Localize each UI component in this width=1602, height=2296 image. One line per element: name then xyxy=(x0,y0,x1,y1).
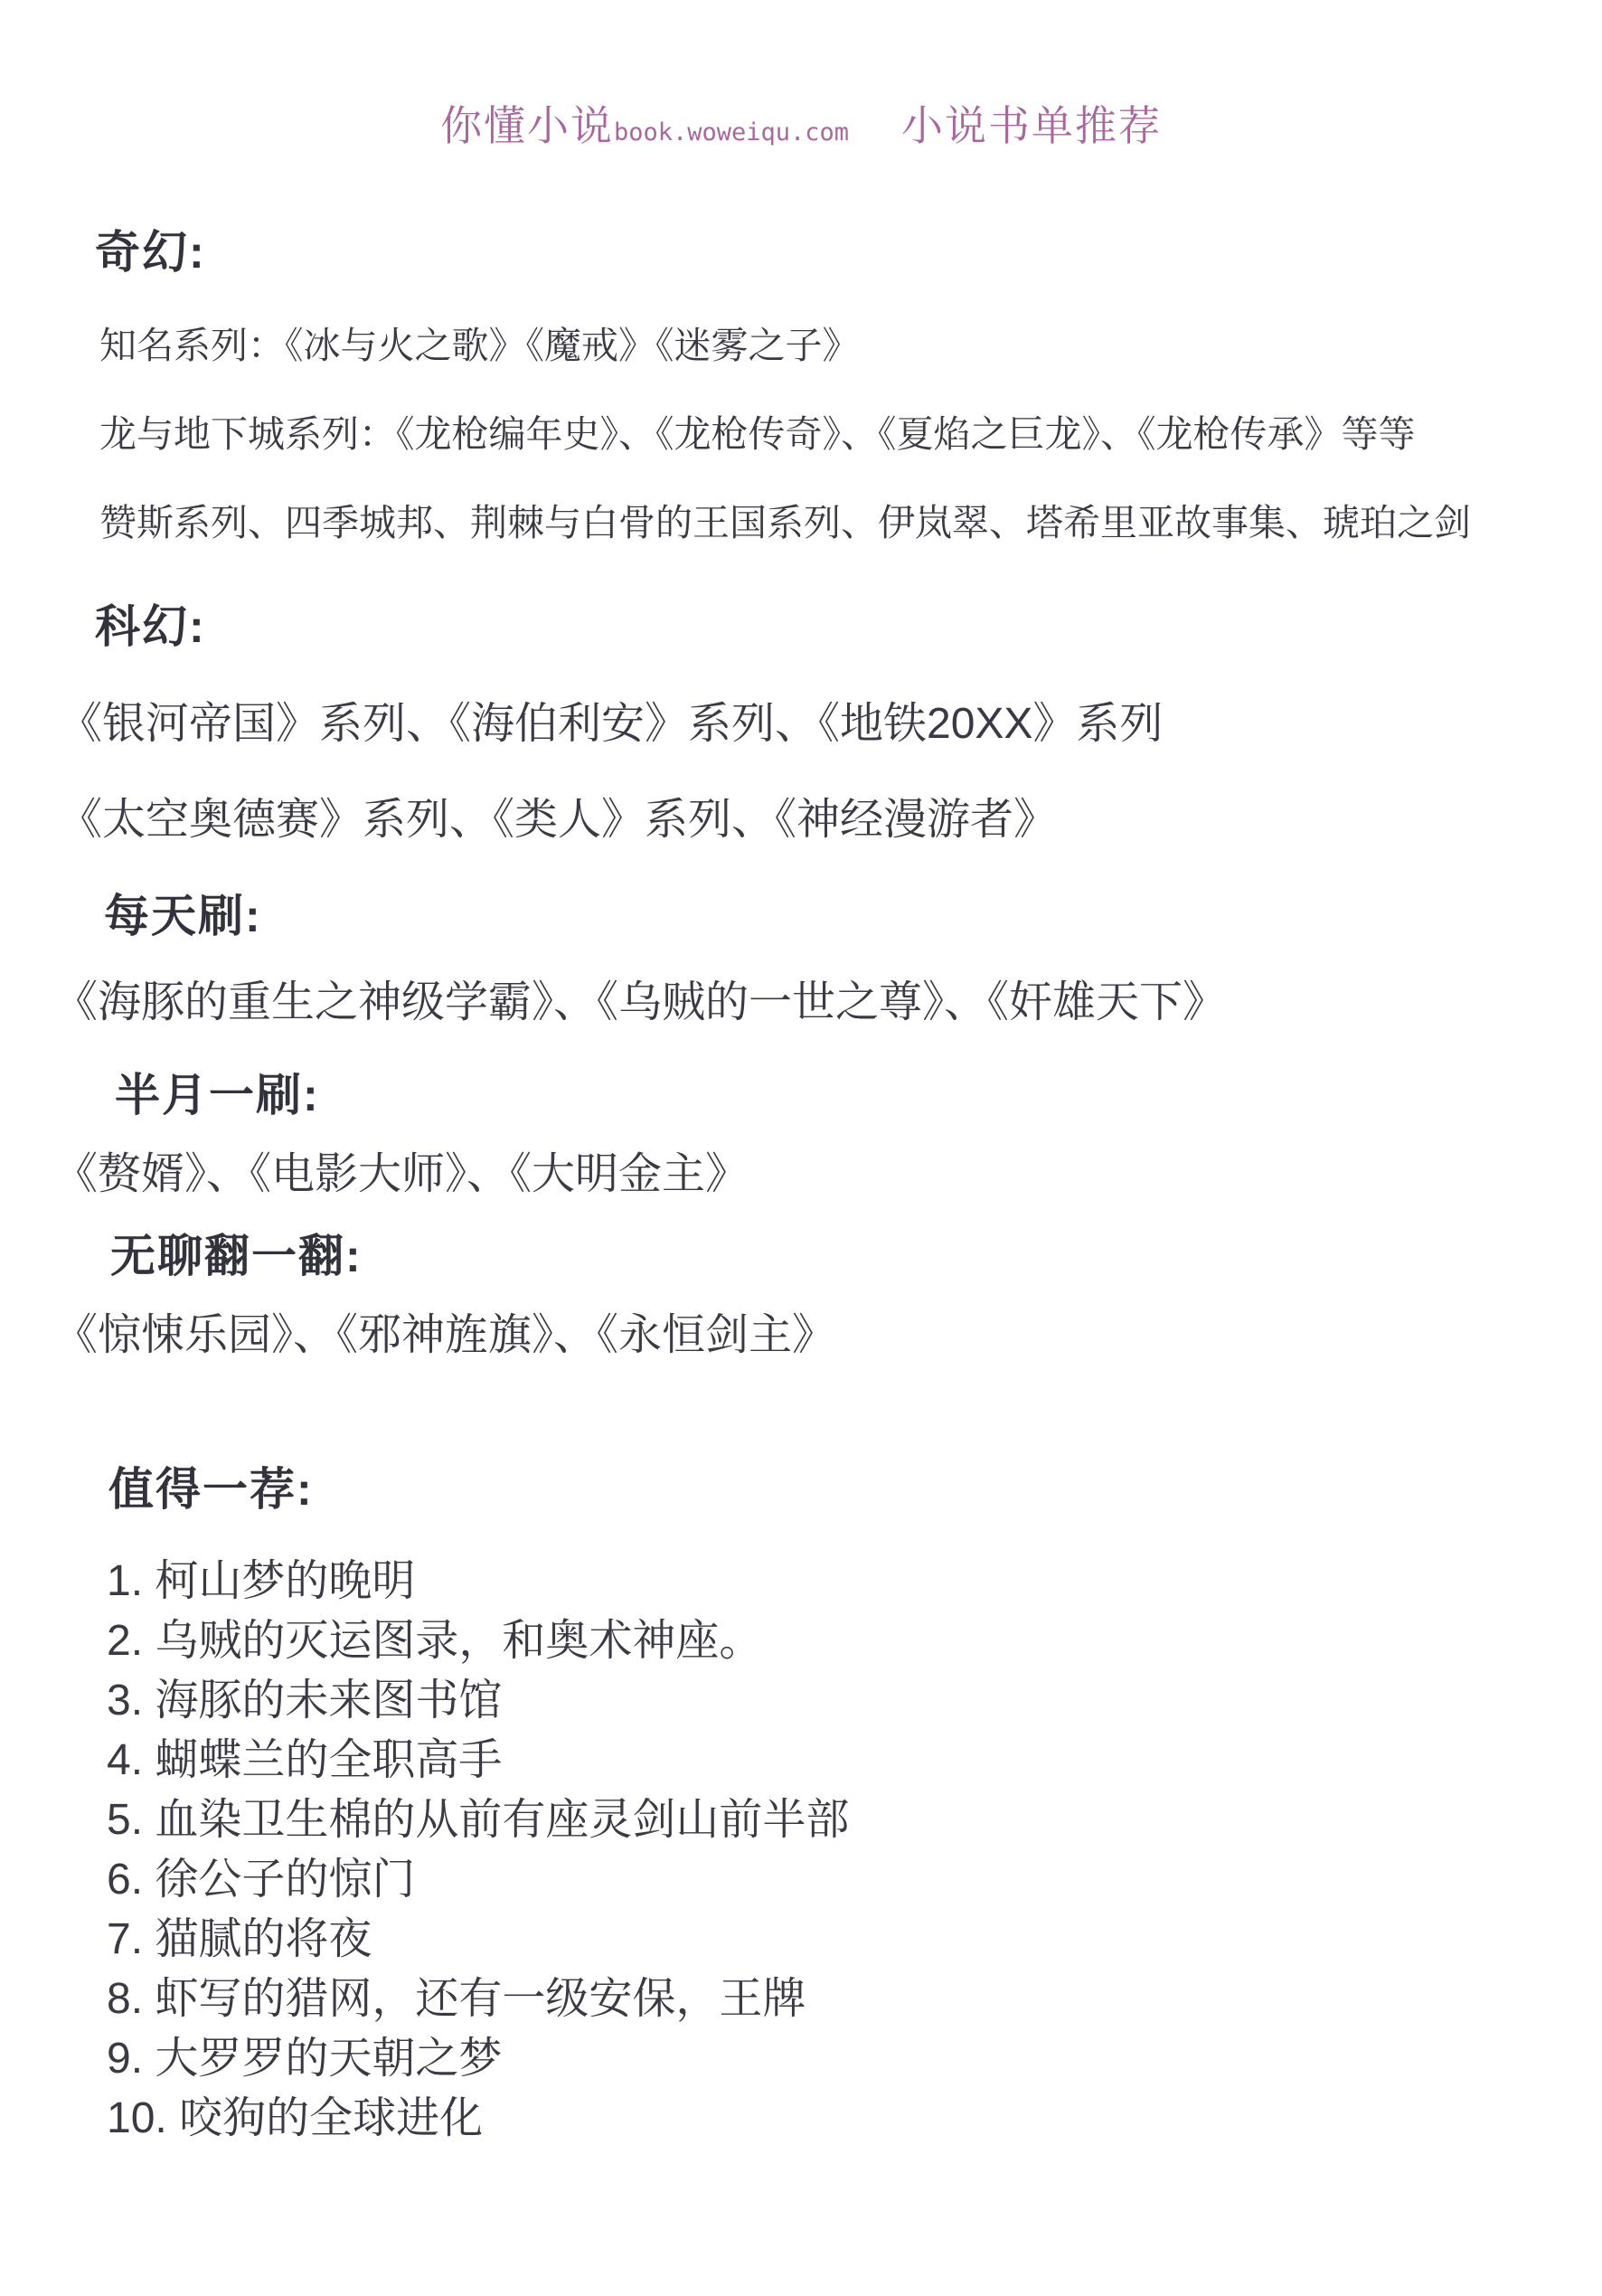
section-heading-fantasy: 奇幻: xyxy=(54,224,1548,280)
list-item: 4. 蝴蝶兰的全职高手 xyxy=(54,1731,1548,1791)
site-url: book.woweiqu.com xyxy=(614,118,849,146)
list-item: 7. 猫腻的将夜 xyxy=(54,1910,1548,1970)
page-title: 小说书单推荐 xyxy=(901,102,1162,149)
list-item: 9. 大罗罗的天朝之梦 xyxy=(54,2029,1548,2089)
section-heading-bored-browse: 无聊翻一翻: xyxy=(54,1228,1548,1284)
section-worth-recommending: 值得一荐:1. 柯山梦的晚明2. 乌贼的灭运图录，和奥术神座。3. 海豚的未来图… xyxy=(54,1461,1548,2149)
masthead: 你懂小说book.woweiqu.com小说书单推荐 xyxy=(54,98,1548,165)
section-heading-biweekly-read: 半月一刷: xyxy=(54,1067,1548,1123)
list-item: 1. 柯山梦的晚明 xyxy=(54,1552,1548,1611)
section-fantasy: 奇幻:知名系列：《冰与火之歌》《魔戒》《迷雾之子》龙与地下城系列：《龙枪编年史》… xyxy=(54,224,1548,546)
book-line: 《太空奥德赛》系列、《类人》系列、《神经漫游者》 xyxy=(54,794,1548,846)
book-line: 《银河帝国》系列、《海伯利安》系列、《地铁20XX》系列 xyxy=(54,698,1548,751)
document-page: 你懂小说book.woweiqu.com小说书单推荐 奇幻:知名系列：《冰与火之… xyxy=(0,0,1602,2296)
section-heading-scifi: 科幻: xyxy=(54,599,1548,655)
section-bored-browse: 无聊翻一翻:《惊悚乐园》、《邪神旌旗》、《永恒剑主》 xyxy=(54,1228,1548,1362)
section-heading-daily-read: 每天刷: xyxy=(54,888,1548,944)
book-line: 龙与地下城系列：《龙枪编年史》、《龙枪传奇》、《夏焰之巨龙》、《龙枪传承》等等 xyxy=(54,411,1548,458)
site-name: 你懂小说 xyxy=(440,102,614,149)
book-line: 知名系列：《冰与火之歌》《魔戒》《迷雾之子》 xyxy=(54,322,1548,369)
section-scifi: 科幻:《银河帝国》系列、《海伯利安》系列、《地铁20XX》系列《太空奥德赛》系列… xyxy=(54,599,1548,846)
section-daily-read: 每天刷:《海豚的重生之神级学霸》、《乌贼的一世之尊》、《奸雄天下》 xyxy=(54,888,1548,1029)
list-item: 3. 海豚的未来图书馆 xyxy=(54,1671,1548,1731)
document-body: 奇幻:知名系列：《冰与火之歌》《魔戒》《迷雾之子》龙与地下城系列：《龙枪编年史》… xyxy=(54,224,1548,2149)
book-line: 《惊悚乐园》、《邪神旌旗》、《永恒剑主》 xyxy=(54,1309,1548,1362)
list-item: 8. 虾写的猎网，还有一级安保，王牌 xyxy=(54,1970,1548,2029)
list-item: 10. 咬狗的全球进化 xyxy=(54,2089,1548,2149)
book-line: 赞斯系列、四季城邦、荆棘与白骨的王国系列、伊岚翠、塔希里亚故事集、琥珀之剑 xyxy=(54,499,1548,546)
section-biweekly-read: 半月一刷:《赘婿》、《电影大师》、《大明金主》 xyxy=(54,1067,1548,1201)
list-item: 6. 徐公子的惊门 xyxy=(54,1850,1548,1910)
section-heading-worth-recommending: 值得一荐: xyxy=(54,1461,1548,1517)
book-line: 《海豚的重生之神级学霸》、《乌贼的一世之尊》、《奸雄天下》 xyxy=(54,977,1548,1029)
list-item: 2. 乌贼的灭运图录，和奥术神座。 xyxy=(54,1611,1548,1671)
book-line: 《赘婿》、《电影大师》、《大明金主》 xyxy=(54,1148,1548,1201)
list-item: 5. 血染卫生棉的从前有座灵剑山前半部 xyxy=(54,1791,1548,1850)
